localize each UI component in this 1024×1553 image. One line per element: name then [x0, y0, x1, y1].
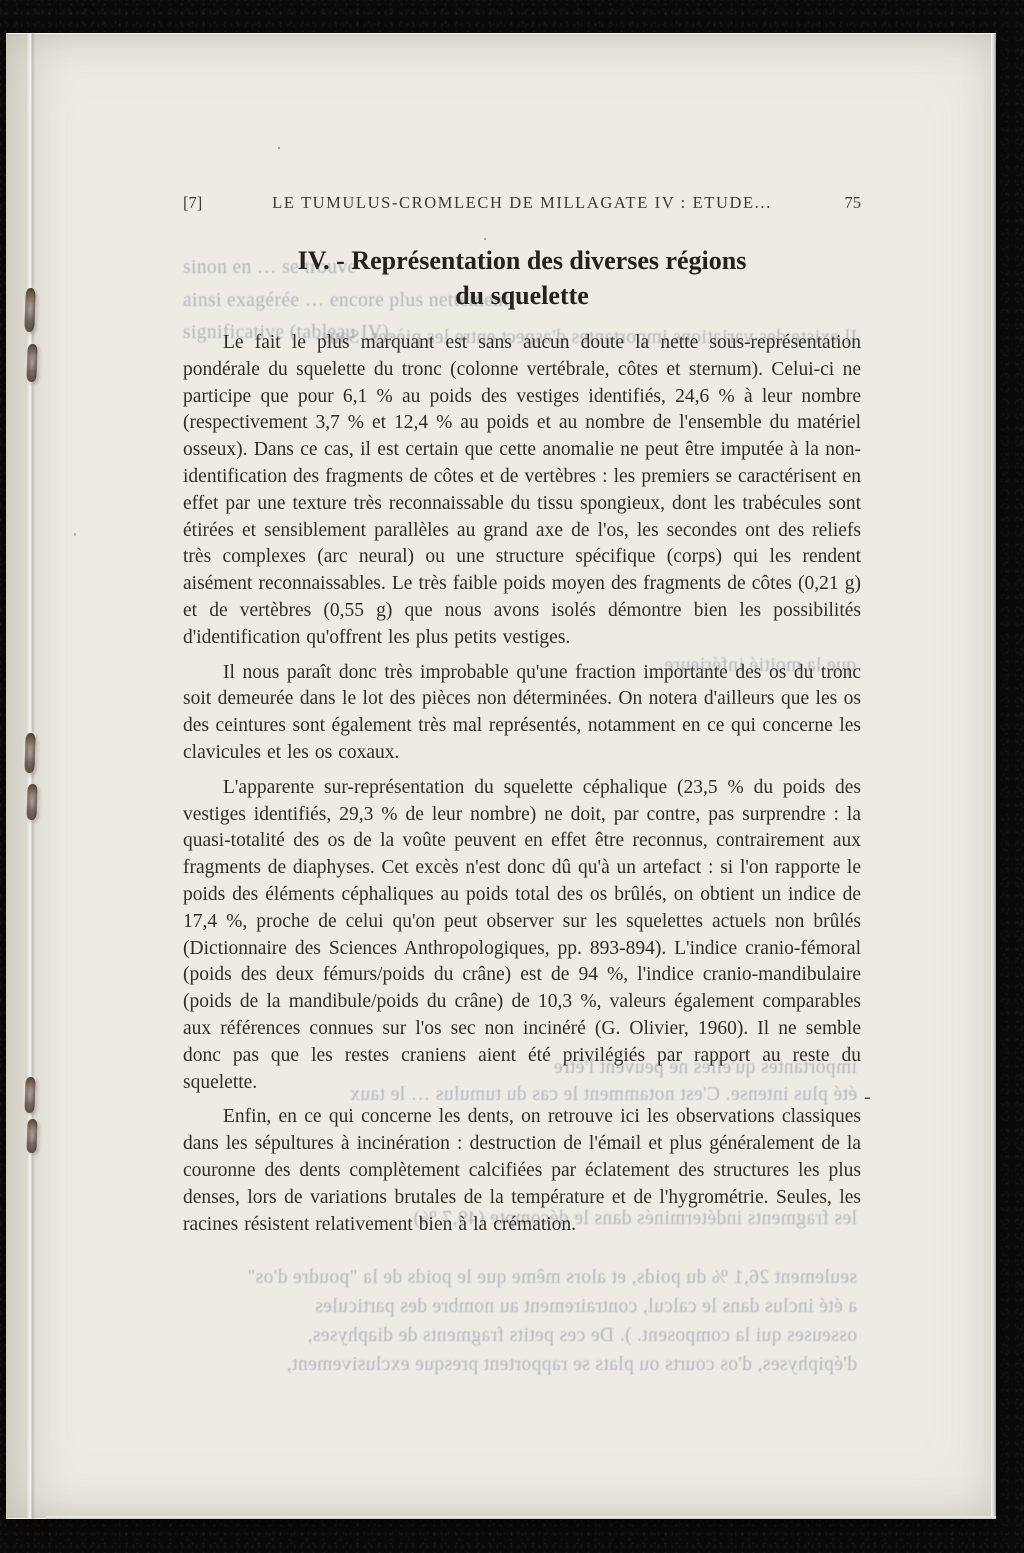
body-paragraph: Enfin, en ce qui concerne les dents, on … — [183, 1104, 861, 1238]
header-section-number: [7] — [183, 193, 253, 213]
dust-speck — [278, 147, 280, 149]
body-paragraph: L'apparente sur-représentation du squele… — [183, 775, 861, 1097]
scanned-book-photo: { "header": { "bracket_number": "[7]", "… — [0, 0, 1024, 1553]
ghost-bleedthrough-line: seulement 26,1 % du poids, et alors même… — [183, 1265, 857, 1291]
binding-stitch-thread — [24, 288, 36, 332]
ghost-bleedthrough-line: d'épiphyses, d'os courts ou plats se rap… — [183, 1352, 857, 1378]
body-paragraph: Le fait le plus marquant est sans aucun … — [183, 330, 861, 652]
page-header: [7] LE TUMULUS-CROMLECH DE MILLAGATE IV … — [183, 193, 861, 213]
margin-pen-mark: - — [864, 1086, 871, 1109]
binding-stitch-thread — [26, 1119, 37, 1153]
section-title: IV. - Représentation des diverses région… — [183, 243, 861, 313]
section-title-line1: IV. - Représentation des diverses région… — [183, 243, 861, 278]
section-title-line2: du squelette — [183, 278, 861, 313]
binding-stitch-thread — [24, 1077, 35, 1113]
body-paragraph: Il nous paraît donc très improbable qu'u… — [183, 660, 861, 767]
page-stack-edge-bottom — [46, 1516, 996, 1519]
binding-stitch-thread — [26, 344, 37, 382]
ghost-bleedthrough-line: osseuses qui la composent. ). De ces pet… — [183, 1323, 857, 1349]
book-page: sinon en … se trouve ainsi exagérée … en… — [6, 33, 996, 1519]
header-running-title: LE TUMULUS-CROMLECH DE MILLAGATE IV : ET… — [253, 193, 791, 213]
dust-speck — [74, 533, 76, 536]
binding-stitch-thread — [26, 784, 37, 820]
header-page-number: 75 — [791, 193, 861, 213]
ghost-bleedthrough-line: a été inclus dans le calcul, contraireme… — [183, 1294, 857, 1320]
binding-stitch-thread — [24, 733, 35, 773]
page-stack-edge-right — [991, 34, 996, 1518]
printed-text-block: [7] LE TUMULUS-CROMLECH DE MILLAGATE IV … — [183, 193, 861, 1238]
